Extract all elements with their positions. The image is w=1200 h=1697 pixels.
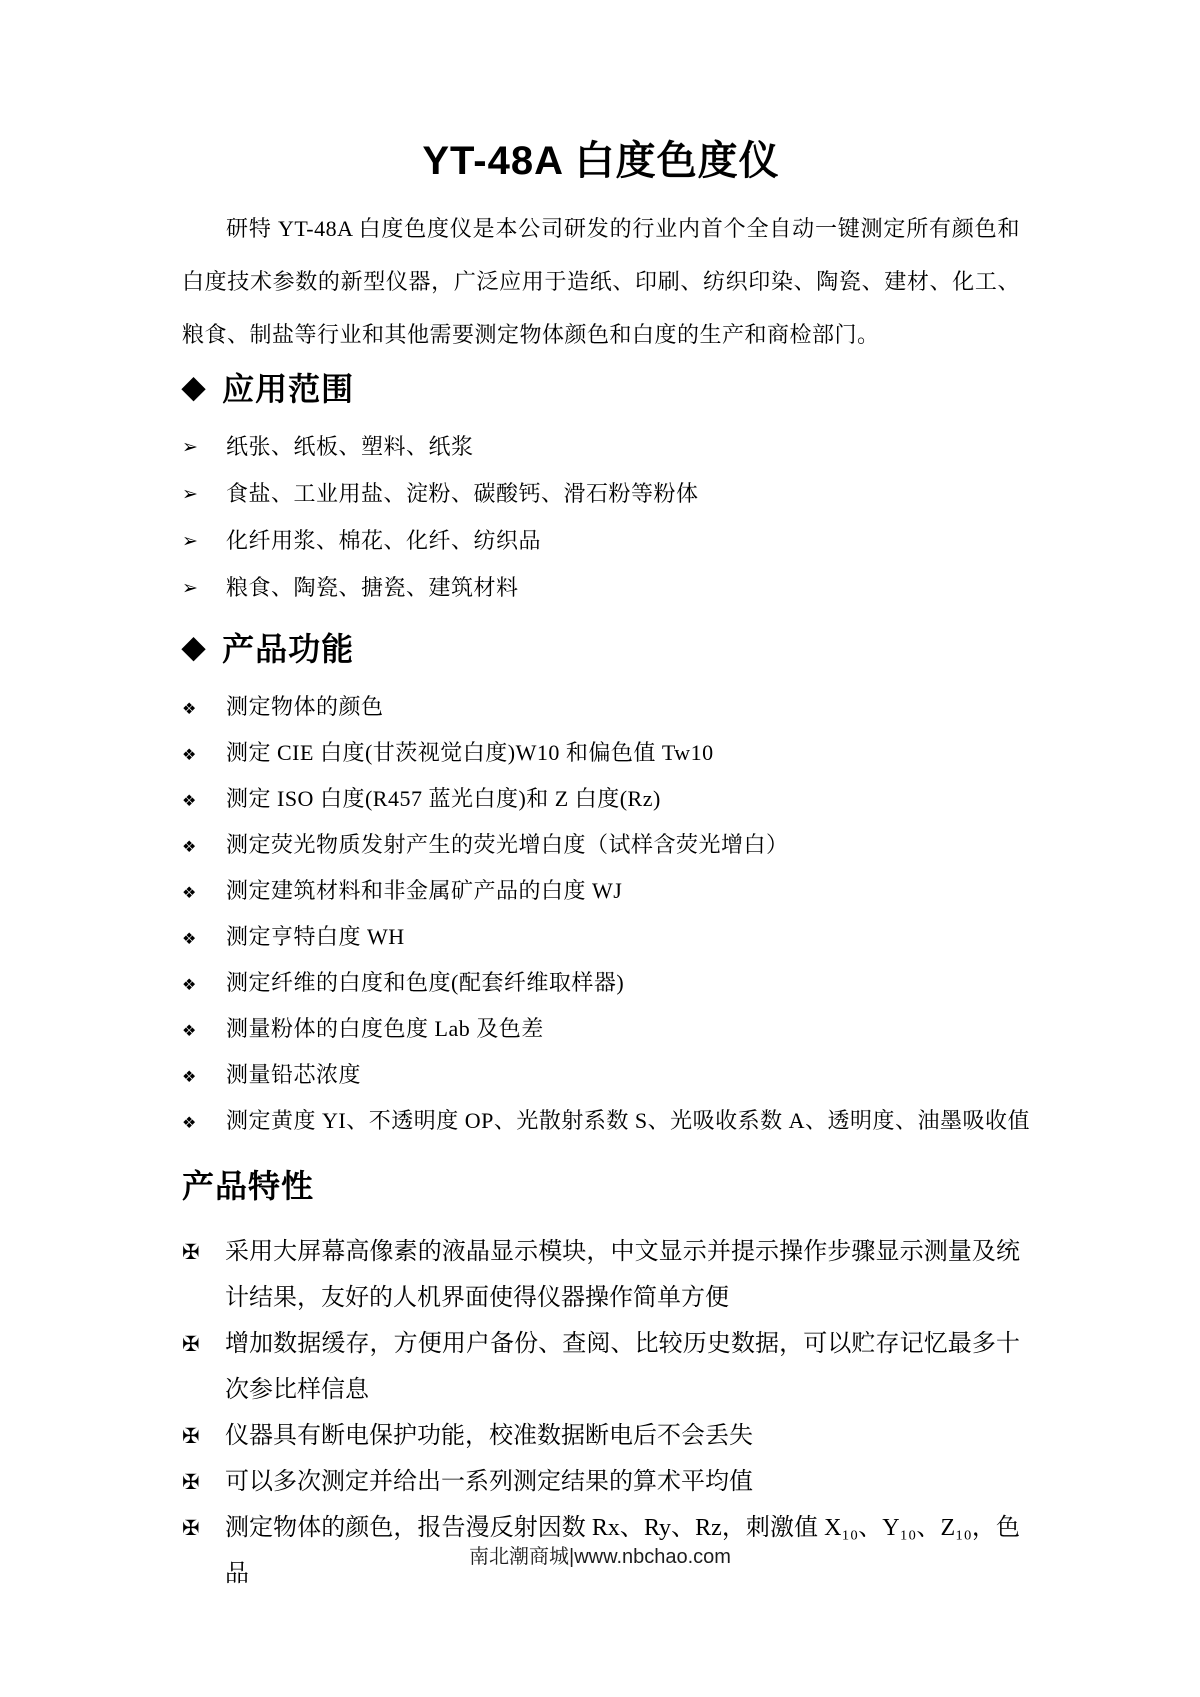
arrow-bullet-icon: ➢	[182, 483, 198, 507]
list-item-text: 测定亨特白度 WH	[226, 924, 405, 949]
list-item-text: 纸张、纸板、塑料、纸浆	[226, 434, 474, 459]
four-diamond-bullet-icon: ❖	[182, 1020, 197, 1044]
list-item-text: 测定 ISO 白度(R457 蓝光白度)和 Z 白度(Rz)	[226, 786, 661, 811]
four-diamond-bullet-icon: ❖	[182, 928, 197, 952]
section-title: 产品功能	[222, 624, 354, 670]
four-diamond-bullet-icon: ❖	[182, 698, 197, 722]
page-title: YT-48A 白度色度仪	[182, 0, 1020, 192]
arrow-bullet-icon: ➢	[182, 530, 198, 554]
diamond-icon: ◆	[182, 373, 206, 403]
list-item-text: 测量铅芯浓度	[226, 1062, 361, 1087]
list-item: ➢ 纸张、纸板、塑料、纸浆	[182, 435, 1020, 459]
four-diamond-bullet-icon: ❖	[182, 790, 197, 814]
list-item-text: 食盐、工业用盐、淀粉、碳酸钙、滑石粉等粉体	[226, 481, 699, 506]
cross-bullet-icon: ✠	[182, 1459, 200, 1505]
functions-list: ❖ 测定物体的颜色 ❖ 测定 CIE 白度(甘茨视觉白度)W10 和偏色值 Tw…	[182, 695, 1020, 1133]
list-item: ✠ 仪器具有断电保护功能，校准数据断电后不会丢失	[182, 1413, 1020, 1459]
four-diamond-bullet-icon: ❖	[182, 882, 197, 906]
list-item: ❖ 测定黄度 YI、不透明度 OP、光散射系数 S、光吸收系数 A、透明度、油墨…	[182, 1109, 1020, 1133]
cross-bullet-icon: ✠	[182, 1321, 200, 1367]
list-item: ❖ 测定建筑材料和非金属矿产品的白度 WJ	[182, 879, 1020, 903]
list-item: ✠ 增加数据缓存，方便用户备份、查阅、比较历史数据，可以贮存记忆最多十次参比样信…	[182, 1321, 1020, 1413]
list-item: ❖ 测定 CIE 白度(甘茨视觉白度)W10 和偏色值 Tw10	[182, 741, 1020, 765]
list-item: ❖ 测定 ISO 白度(R457 蓝光白度)和 Z 白度(Rz)	[182, 787, 1020, 811]
list-item: ✠ 采用大屏幕高像素的液晶显示模块，中文显示并提示操作步骤显示测量及统计结果，友…	[182, 1229, 1020, 1321]
diamond-icon: ◆	[182, 633, 206, 663]
intro-paragraph: 研特 YT-48A 白度色度仪是本公司研发的行业内首个全自动一键测定所有颜色和白…	[182, 202, 1020, 361]
section-heading-applications: ◆ 应用范围	[182, 363, 1020, 411]
list-item-text: 测定黄度 YI、不透明度 OP、光散射系数 S、光吸收系数 A、透明度、油墨吸收…	[226, 1108, 1030, 1133]
four-diamond-bullet-icon: ❖	[182, 836, 197, 860]
list-item-text: 增加数据缓存，方便用户备份、查阅、比较历史数据，可以贮存记忆最多十次参比样信息	[225, 1331, 1020, 1403]
list-item-text: 测定荧光物质发射产生的荧光增白度（试样含荧光增白）	[226, 832, 789, 857]
section-heading-features: 产品特性	[182, 1161, 1020, 1207]
section-title: 产品特性	[182, 1161, 314, 1207]
list-item: ➢ 粮食、陶瓷、搪瓷、建筑材料	[182, 576, 1020, 600]
document-page: YT-48A 白度色度仪 研特 YT-48A 白度色度仪是本公司研发的行业内首个…	[0, 0, 1200, 1697]
page-footer: 南北潮商城|www.nbchao.com	[0, 1540, 1200, 1569]
list-item: ➢ 食盐、工业用盐、淀粉、碳酸钙、滑石粉等粉体	[182, 482, 1020, 506]
list-item: ❖ 测定荧光物质发射产生的荧光增白度（试样含荧光增白）	[182, 833, 1020, 857]
four-diamond-bullet-icon: ❖	[182, 1112, 197, 1136]
section-title: 应用范围	[222, 364, 354, 410]
list-item-text: 仪器具有断电保护功能，校准数据断电后不会丢失	[225, 1423, 753, 1449]
applications-list: ➢ 纸张、纸板、塑料、纸浆 ➢ 食盐、工业用盐、淀粉、碳酸钙、滑石粉等粉体 ➢ …	[182, 435, 1020, 600]
list-item: ❖ 测量铅芯浓度	[182, 1063, 1020, 1087]
list-item-text: 可以多次测定并给出一系列测定结果的算术平均值	[225, 1469, 753, 1495]
list-item: ❖ 测量粉体的白度色度 Lab 及色差	[182, 1017, 1020, 1041]
list-item-text: 测定 CIE 白度(甘茨视觉白度)W10 和偏色值 Tw10	[226, 740, 714, 765]
four-diamond-bullet-icon: ❖	[182, 744, 197, 768]
list-item-text: 粮食、陶瓷、搪瓷、建筑材料	[226, 575, 519, 600]
list-item-text: 测量粉体的白度色度 Lab 及色差	[226, 1016, 544, 1041]
list-item-text: 采用大屏幕高像素的液晶显示模块，中文显示并提示操作步骤显示测量及统计结果，友好的…	[225, 1239, 1020, 1311]
list-item: ➢ 化纤用浆、棉花、化纤、纺织品	[182, 529, 1020, 553]
cross-bullet-icon: ✠	[182, 1413, 200, 1459]
arrow-bullet-icon: ➢	[182, 577, 198, 601]
list-item-text: 测定物体的颜色	[226, 694, 384, 719]
cross-bullet-icon: ✠	[182, 1229, 200, 1275]
list-item-text: 化纤用浆、棉花、化纤、纺织品	[226, 528, 541, 553]
list-item: ❖ 测定纤维的白度和色度(配套纤维取样器)	[182, 971, 1020, 995]
footer-text: 南北潮商城|www.nbchao.com	[469, 1546, 731, 1568]
list-item: ✠ 可以多次测定并给出一系列测定结果的算术平均值	[182, 1459, 1020, 1505]
list-item-text: 测定建筑材料和非金属矿产品的白度 WJ	[226, 878, 622, 903]
list-item: ❖ 测定物体的颜色	[182, 695, 1020, 719]
list-item-text: 测定纤维的白度和色度(配套纤维取样器)	[226, 970, 624, 995]
list-item: ❖ 测定亨特白度 WH	[182, 925, 1020, 949]
arrow-bullet-icon: ➢	[182, 436, 198, 460]
section-heading-functions: ◆ 产品功能	[182, 623, 1020, 671]
four-diamond-bullet-icon: ❖	[182, 974, 197, 998]
four-diamond-bullet-icon: ❖	[182, 1066, 197, 1090]
